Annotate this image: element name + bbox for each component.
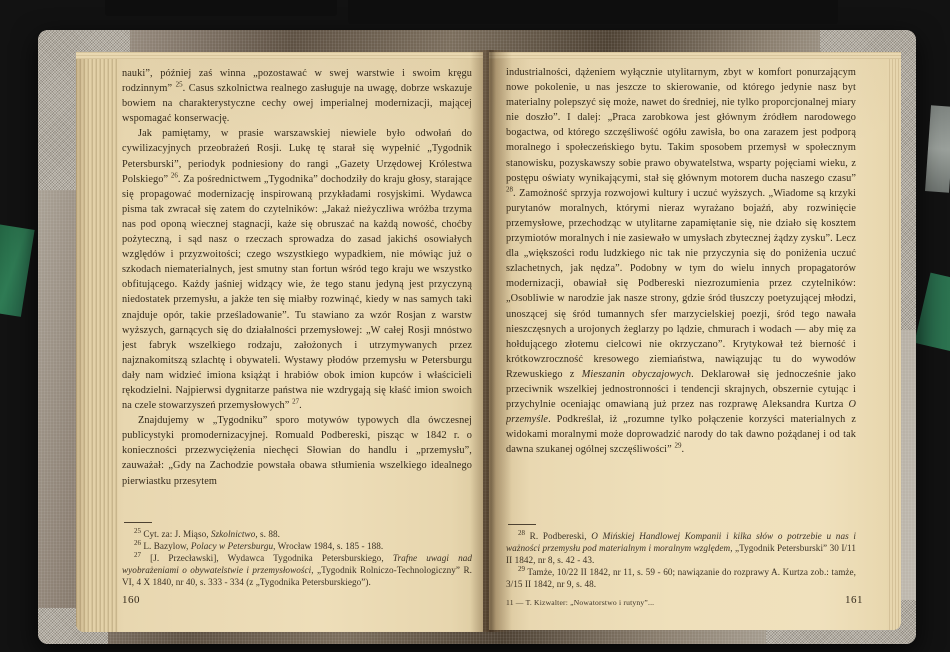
page-top-edge-left xyxy=(76,52,483,59)
page-number-right: 161 xyxy=(845,594,863,606)
left-page-body-text: nauki”, później zaś winna „pozostawać w … xyxy=(122,66,472,518)
footnote-separator-rule xyxy=(508,524,536,525)
green-fabric-strip-right xyxy=(914,273,950,352)
book-holder-clamp-left xyxy=(105,0,337,16)
left-page-footnote-list: 25 Cyt. za: J. Miąso, Szkolnictwo, s. 88… xyxy=(122,528,472,588)
page-fore-edge-left xyxy=(76,52,118,632)
page-number-left: 160 xyxy=(122,594,140,606)
left-page-footnotes: 25 Cyt. za: J. Miąso, Szkolnictwo, s. 88… xyxy=(122,522,472,588)
right-page-body-text: industrialności, dążeniem wyłącznie utyl… xyxy=(506,65,856,517)
paragraph: Znajdujemy w „Tygodniku” sporo motywów t… xyxy=(122,413,472,488)
paragraph: 27 [J. Przecławski], Wydawca Tygodnika P… xyxy=(122,552,472,588)
paragraph: Jak pamiętamy, w prasie warszawskiej nie… xyxy=(122,126,472,413)
paragraph: 26 L. Bazylow, Polacy w Petersburgu, Wro… xyxy=(122,540,472,552)
page-fore-edge-right xyxy=(887,52,901,630)
paragraph: nauki”, później zaś winna „pozostawać w … xyxy=(122,66,472,126)
book-holder-clamp-right xyxy=(348,0,838,24)
right-page: industrialności, dążeniem wyłącznie utyl… xyxy=(489,52,901,630)
paragraph: 29 Tamże, 10/22 II 1842, nr 11, s. 59 - … xyxy=(506,566,856,590)
right-page-footnote-list: 28 R. Podbereski, O Mińskiej Handlowej K… xyxy=(506,530,856,590)
page-top-edge-right xyxy=(489,52,901,59)
footnote-separator-rule xyxy=(124,522,152,523)
paragraph: 28 R. Podbereski, O Mińskiej Handlowej K… xyxy=(506,530,856,566)
right-page-footnotes: 28 R. Podbereski, O Mińskiej Handlowej K… xyxy=(506,524,856,590)
photo-background: { "colors": { "background": "#121212", "… xyxy=(0,0,950,652)
paragraph: 25 Cyt. za: J. Miąso, Szkolnictwo, s. 88… xyxy=(122,528,472,540)
grey-strip-right xyxy=(925,105,950,192)
paragraph: industrialności, dążeniem wyłącznie utyl… xyxy=(506,65,856,457)
left-page: nauki”, później zaś winna „pozostawać w … xyxy=(76,52,483,632)
printer-signature-line: 11 — T. Kizwalter: „Nowatorstwo i rutyny… xyxy=(506,598,654,607)
green-fabric-strip-left xyxy=(0,223,35,317)
